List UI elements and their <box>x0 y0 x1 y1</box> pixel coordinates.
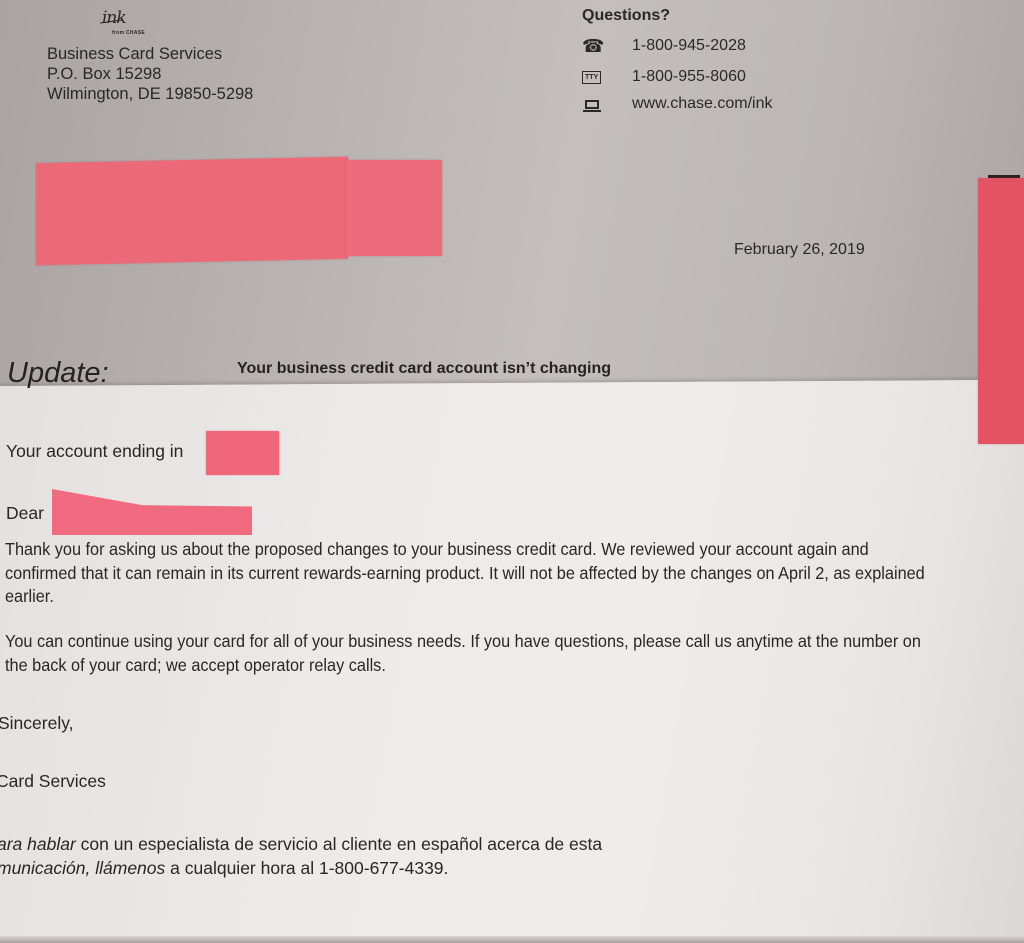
account-line: Your account ending in <box>6 441 183 462</box>
redaction-recipient-address-2 <box>346 160 442 256</box>
body-paragraph-1: Thank you for asking us about the propos… <box>5 538 926 609</box>
redaction-right-margin <box>978 178 1024 444</box>
redaction-account-number <box>206 431 279 475</box>
phone-number: 1-800-945-2028 <box>632 37 746 55</box>
closing: Sincerely, <box>0 713 74 734</box>
signature: Card Services <box>0 771 106 792</box>
questions-heading: Questions? <box>582 7 670 25</box>
contact-website: www.chase.com/ink <box>582 93 773 115</box>
logo-subtext: from CHASE <box>112 30 145 36</box>
return-address-line: P.O. Box 15298 <box>47 64 253 84</box>
body-paragraph-2: You can continue using your card for all… <box>5 630 926 677</box>
return-address-line: Business Card Services <box>47 44 253 64</box>
tty-number: 1-800-955-8060 <box>632 68 746 86</box>
website-url: www.chase.com/ink <box>632 95 773 113</box>
spanish-italic-1: ara hablar <box>0 834 76 854</box>
laptop-icon <box>582 95 604 113</box>
tty-icon: TTY <box>582 68 604 86</box>
spanish-notice: ara hablar con un especialista de servic… <box>0 832 602 880</box>
redaction-recipient-address <box>36 157 348 266</box>
return-address-line: Wilmington, DE 19850-5298 <box>47 84 253 104</box>
tty-icon-label: TTY <box>582 71 601 84</box>
contact-tty: TTY 1-800-955-8060 <box>582 66 746 88</box>
ink-chase-logo: ink from CHASE <box>100 8 170 40</box>
return-address: Business Card Services P.O. Box 15298 Wi… <box>47 44 253 104</box>
update-label: Update: <box>7 357 109 390</box>
spanish-text-1: con un especialista de servicio al clien… <box>76 834 602 854</box>
spanish-line-2: municación, llámenos a cualquier hora al… <box>0 856 602 880</box>
contact-phone: ☎ 1-800-945-2028 <box>582 35 746 57</box>
salutation: Dear <box>6 503 44 524</box>
paper-bottom-edge <box>0 936 1024 943</box>
spanish-text-2: a cualquier hora al 1-800-677-4339. <box>165 858 448 878</box>
spanish-italic-2: municación, llámenos <box>0 858 165 878</box>
phone-icon: ☎ <box>582 37 604 55</box>
letter-subject: Your business credit card account isn’t … <box>237 360 611 378</box>
letter-date: February 26, 2019 <box>734 241 865 259</box>
spanish-line-1: ara hablar con un especialista de servic… <box>0 832 602 856</box>
logo-script: ink <box>102 8 126 28</box>
